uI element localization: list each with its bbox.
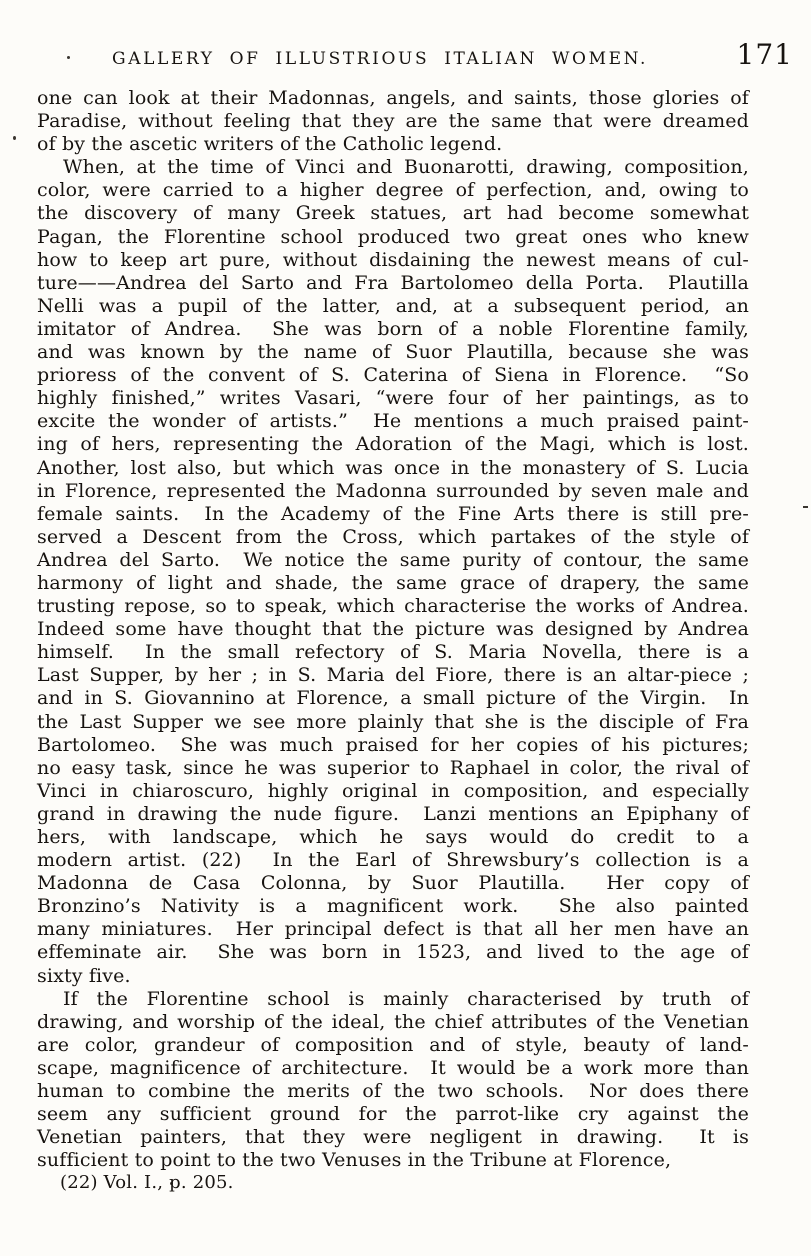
text-line: of by the ascetic writers of the Catholi… bbox=[37, 133, 749, 156]
text-line: Vinci in chiaroscuro, highly original in… bbox=[37, 780, 749, 803]
text-line: Pagan, the Florentine school produced tw… bbox=[37, 226, 749, 249]
text-line: grand in drawing the nude figure. Lanzi … bbox=[37, 803, 749, 826]
page-header: GALLERY OF ILLUSTRIOUS ITALIAN WOMEN. 17… bbox=[37, 46, 793, 76]
text-line: and in S. Giovannino at Florence, a smal… bbox=[37, 687, 749, 710]
text-line: Another, lost also, but which was once i… bbox=[37, 457, 749, 480]
text-line: human to combine the merits of the two s… bbox=[37, 1080, 749, 1103]
text-line: ture——Andrea del Sarto and Fra Bartolome… bbox=[37, 272, 749, 295]
text-line: seem any sufficient ground for the parro… bbox=[37, 1103, 749, 1126]
text-line: Andrea del Sarto. We notice the same pur… bbox=[37, 549, 749, 572]
text-line: himself. In the small refectory of S. Ma… bbox=[37, 641, 749, 664]
running-title: GALLERY OF ILLUSTRIOUS ITALIAN WOMEN. bbox=[37, 49, 723, 69]
text-line: drawing, and worship of the ideal, the c… bbox=[37, 1011, 749, 1034]
text-line: color, were carried to a higher degree o… bbox=[37, 179, 749, 202]
text-line: If the Florentine school is mainly chara… bbox=[37, 988, 749, 1011]
text-line: how to keep art pure, without disdaining… bbox=[37, 249, 749, 272]
text-line: scape, magnificence of architecture. It … bbox=[37, 1057, 749, 1080]
text-line: Madonna de Casa Colonna, by Suor Plautil… bbox=[37, 872, 749, 895]
text-line: sufficient to point to the two Venuses i… bbox=[37, 1149, 749, 1172]
text-line: sixty five. bbox=[37, 965, 749, 988]
text-line: the discovery of many Greek statues, art… bbox=[37, 202, 749, 225]
text-line: prioress of the convent of S. Caterina o… bbox=[37, 364, 749, 387]
text-line: harmony of light and shade, the same gra… bbox=[37, 572, 749, 595]
text-line: ing of hers, representing the Adoration … bbox=[37, 433, 749, 456]
text-line: in Florence, represented the Madonna sur… bbox=[37, 480, 749, 503]
scan-speck bbox=[13, 136, 16, 140]
text-line: no easy task, since he was superior to R… bbox=[37, 757, 749, 780]
text-line: hers, with landscape, which he says woul… bbox=[37, 826, 749, 849]
text-line: Last Supper, by her ; in S. Maria del Fi… bbox=[37, 664, 749, 687]
text-line: served a Descent from the Cross, which p… bbox=[37, 526, 749, 549]
text-line: Nelli was a pupil of the latter, and, at… bbox=[37, 295, 749, 318]
book-page: GALLERY OF ILLUSTRIOUS ITALIAN WOMEN. 17… bbox=[0, 0, 811, 1256]
text-line: many miniatures. Her principal defect is… bbox=[37, 918, 749, 941]
text-line: excite the wonder of artists.” He mentio… bbox=[37, 410, 749, 433]
text-line: modern artist. (22) In the Earl of Shrew… bbox=[37, 849, 749, 872]
text-line: one can look at their Madonnas, angels, … bbox=[37, 87, 749, 110]
text-line: Paradise, without feeling that they are … bbox=[37, 110, 749, 133]
text-line: imitator of Andrea. She was born of a no… bbox=[37, 318, 749, 341]
body-text: one can look at their Madonnas, angels, … bbox=[37, 87, 749, 1172]
text-line: effeminate air. She was born in 1523, an… bbox=[37, 941, 749, 964]
text-line: highly finished,” writes Vasari, “were f… bbox=[37, 387, 749, 410]
text-line: Bartolomeo. She was much praised for her… bbox=[37, 734, 749, 757]
footnote: (22) Vol. I., p. 205. bbox=[60, 1172, 234, 1193]
text-line: Indeed some have thought that the pictur… bbox=[37, 618, 749, 641]
text-line: female saints. In the Academy of the Fin… bbox=[37, 503, 749, 526]
text-line: Venetian painters, that they were neglig… bbox=[37, 1126, 749, 1149]
text-line: trusting repose, so to speak, which char… bbox=[37, 595, 749, 618]
text-line: are color, grandeur of composition and o… bbox=[37, 1034, 749, 1057]
scan-speck bbox=[803, 506, 808, 508]
text-line: and was known by the name of Suor Plauti… bbox=[37, 341, 749, 364]
text-line: When, at the time of Vinci and Buonarott… bbox=[37, 156, 749, 179]
text-line: the Last Supper we see more plainly that… bbox=[37, 711, 749, 734]
text-line: Bronzino’s Nativity is a magnificent wor… bbox=[37, 895, 749, 918]
page-number: 171 bbox=[737, 38, 793, 71]
